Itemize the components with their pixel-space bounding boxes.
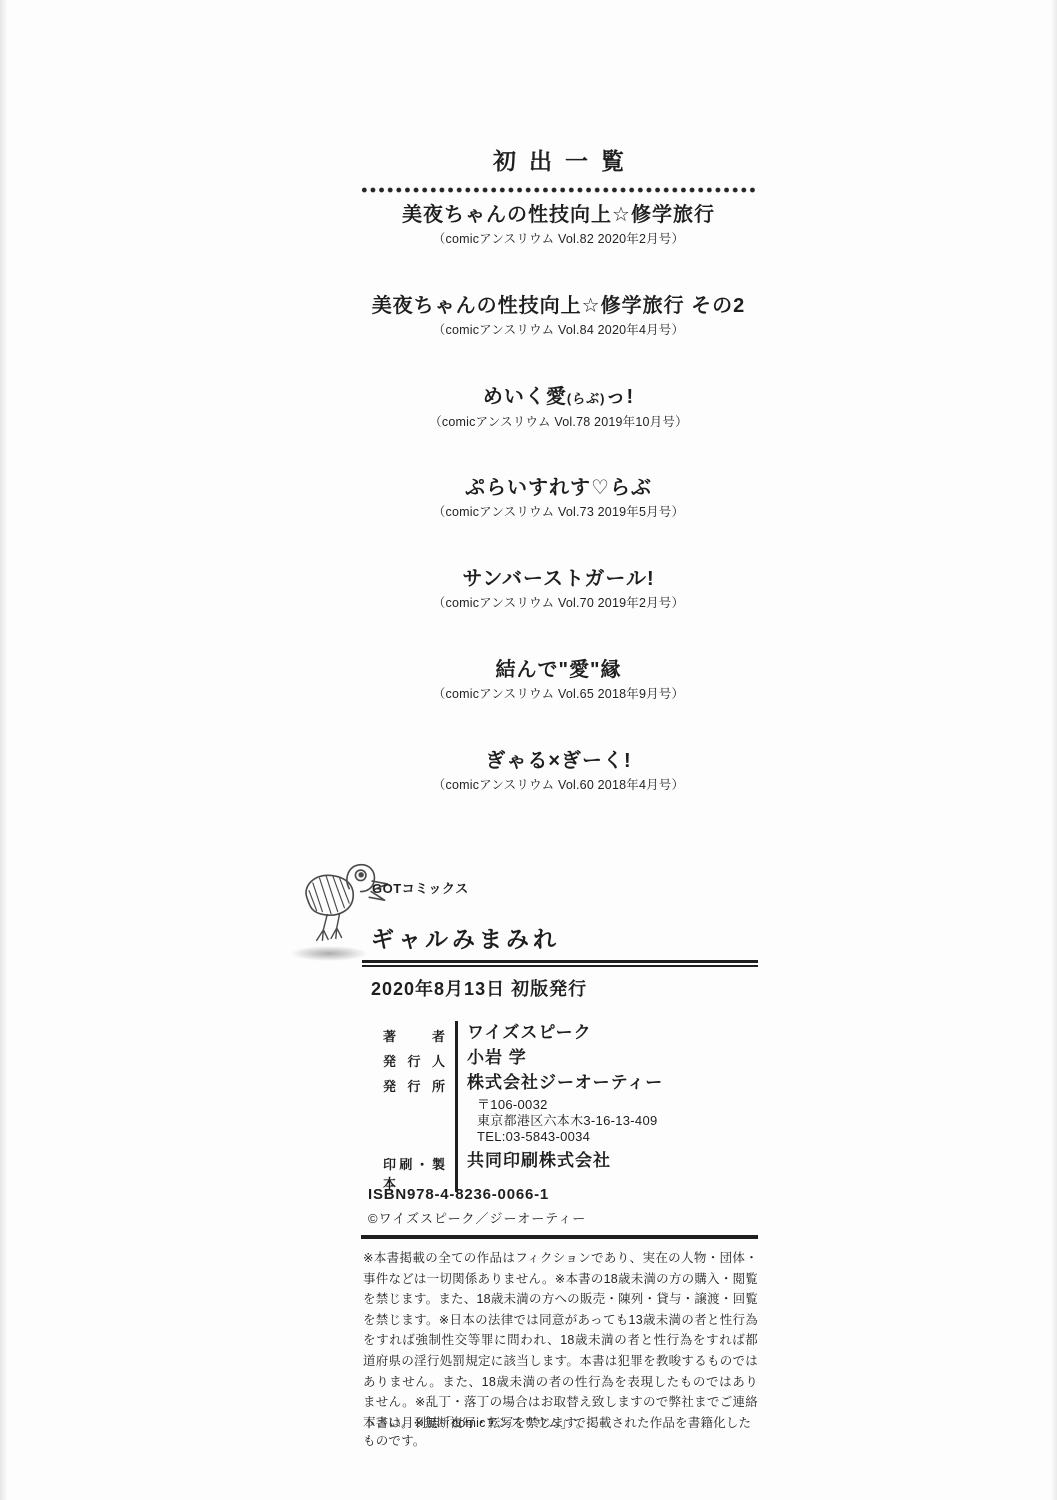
dotted-divider: [360, 187, 757, 193]
credit-value: ワイズスピーク: [467, 1021, 663, 1046]
publication-entry: めいく愛(らぶ)っ! （comicアンスリウム Vol.78 2019年10月号…: [331, 384, 786, 475]
entry-source: （comicアンスリウム Vol.73 2019年5月号）: [331, 502, 786, 523]
entry-source: （comicアンスリウム Vol.60 2018年4月号）: [331, 775, 786, 796]
legal-disclaimer: ※本書掲載の全ての作品はフィクションであり、実在の人物・団体・事件などは一切関係…: [363, 1248, 758, 1433]
colophon-page: 初出一覧 美夜ちゃんの性技向上☆修学旅行 （comicアンスリウム Vol.82…: [0, 0, 1057, 1500]
entry-source: （comicアンスリウム Vol.84 2020年4月号）: [331, 320, 786, 341]
entry-title: 美夜ちゃんの性技向上☆修学旅行 その2: [331, 293, 786, 320]
edition-date: 2020年8月13日 初版発行: [371, 975, 587, 1001]
credit-value: 小岩 学: [467, 1046, 663, 1071]
credit-label: 著者: [383, 1021, 445, 1046]
entry-source: （comicアンスリウム Vol.78 2019年10月号）: [331, 412, 786, 433]
first-publication-list: 美夜ちゃんの性技向上☆修学旅行 （comicアンスリウム Vol.82 2020…: [331, 202, 786, 839]
publication-entry: 結んで"愛"縁 （comicアンスリウム Vol.65 2018年9月号）: [331, 657, 786, 748]
imprint-label: GOTコミックス: [372, 878, 469, 897]
entry-title: ぎゃる×ぎーく!: [331, 748, 786, 775]
credits-divider-line: [455, 1021, 458, 1192]
publication-entry: 美夜ちゃんの性技向上☆修学旅行 （comicアンスリウム Vol.82 2020…: [331, 202, 786, 293]
serialization-note: 本書は月刊誌「comicアンスリウム」で掲載された作品を書籍化したものです。: [363, 1413, 763, 1449]
publication-entry: 美夜ちゃんの性技向上☆修学旅行 その2 （comicアンスリウム Vol.84 …: [331, 293, 786, 384]
publication-entry: サンバーストガール! （comicアンスリウム Vol.70 2019年2月号）: [331, 566, 786, 657]
entry-title: サンバーストガール!: [331, 566, 786, 593]
entry-title: ぷらいすれす♡らぶ: [331, 475, 786, 502]
copyright-line: ©ワイズスピーク／ジーオーティー: [368, 1208, 586, 1227]
credit-value: 株式会社ジーオーティー〒106-0032東京都港区六本木3-16-13-409T…: [467, 1071, 663, 1149]
entry-title: めいく愛(らぶ)っ!: [331, 384, 786, 412]
credits-table: 著者ワイズスピーク発行人小岩 学発行所株式会社ジーオーティー〒106-0032東…: [383, 1021, 663, 1192]
credit-label: 発行所: [383, 1071, 445, 1149]
title-double-rule: [362, 960, 758, 967]
entry-source: （comicアンスリウム Vol.65 2018年9月号）: [331, 684, 786, 705]
book-title: ギャルみまみれ: [371, 921, 560, 954]
notice-divider-rule: [361, 1235, 758, 1239]
entry-title: 美夜ちゃんの性技向上☆修学旅行: [331, 202, 786, 229]
publication-entry: ぷらいすれす♡らぶ （comicアンスリウム Vol.73 2019年5月号）: [331, 475, 786, 566]
entry-source: （comicアンスリウム Vol.82 2020年2月号）: [331, 229, 786, 250]
first-publication-heading: 初出一覧: [331, 143, 786, 176]
publication-entry: ぎゃる×ぎーく! （comicアンスリウム Vol.60 2018年4月号）: [331, 748, 786, 839]
isbn: ISBN978-4-8236-0066-1: [368, 1186, 549, 1203]
logo-shadow: [291, 946, 367, 961]
publisher-address: 〒106-0032東京都港区六本木3-16-13-409TEL:03-5843-…: [467, 1097, 663, 1145]
entry-title: 結んで"愛"縁: [331, 657, 786, 684]
credit-label: 発行人: [383, 1046, 445, 1071]
entry-source: （comicアンスリウム Vol.70 2019年2月号）: [331, 593, 786, 614]
